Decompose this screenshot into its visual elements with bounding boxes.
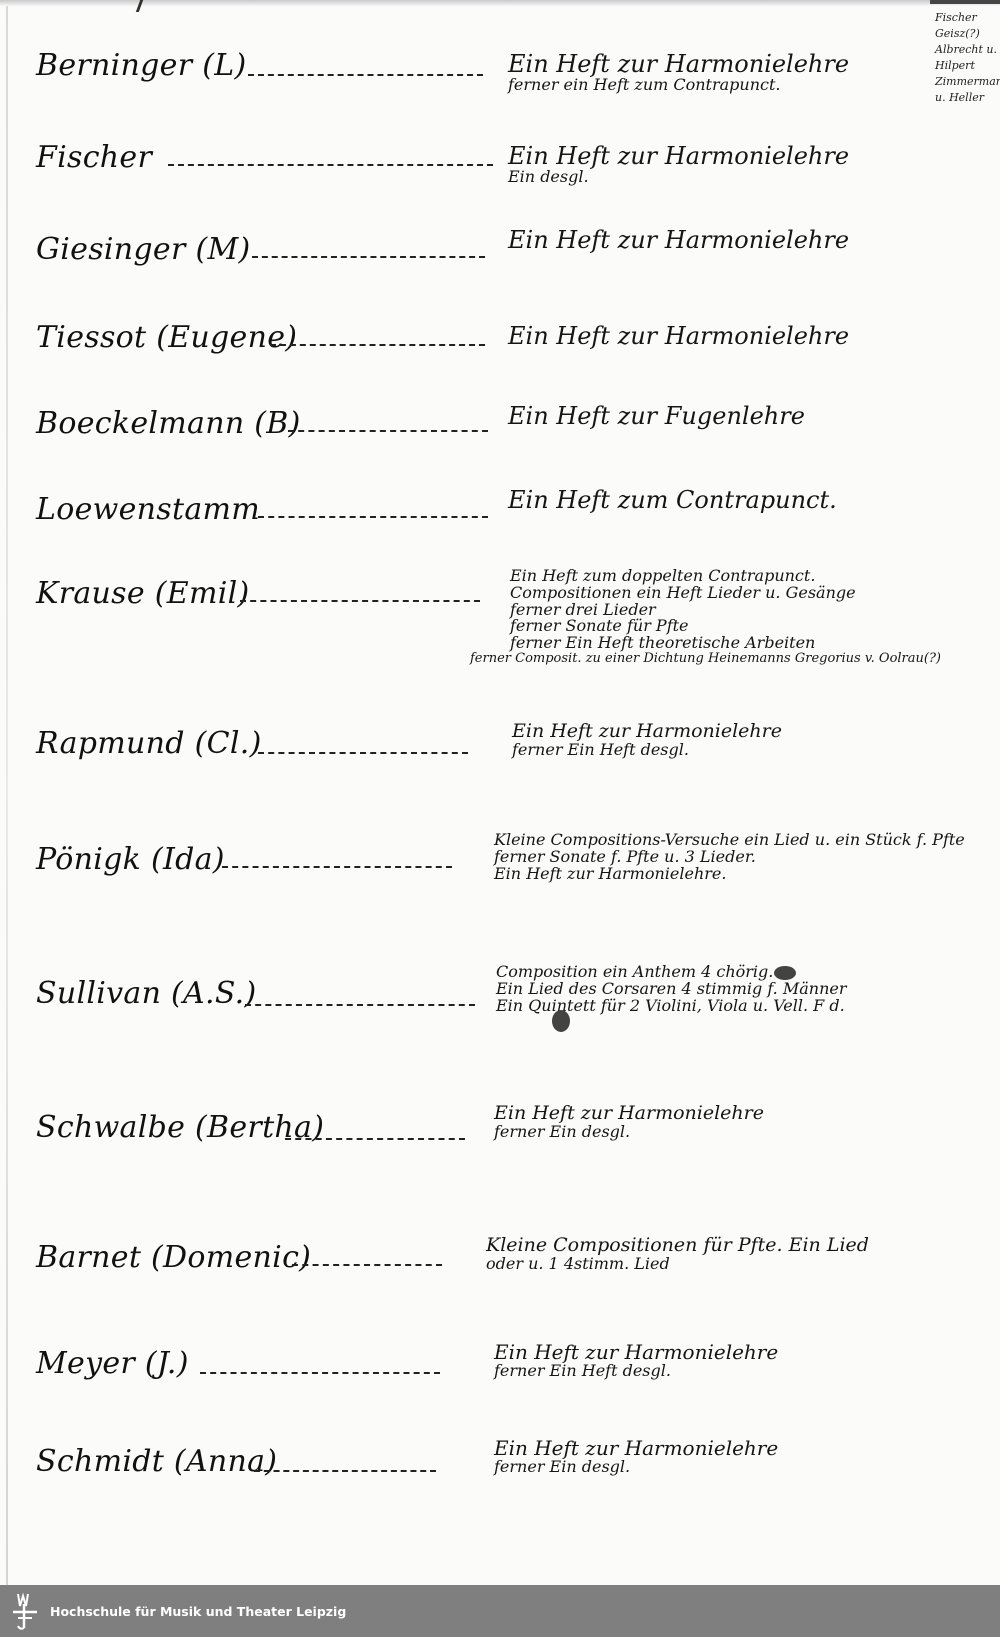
hmt-logo-icon [10,1590,40,1632]
student-name: Schwalbe (Bertha) [36,1110,324,1145]
margin-note: Fischer Geisz(?) Albrecht u. Hilpert Zim… [935,10,1000,106]
leader-dashes [285,1138,465,1140]
footer-bar: Hochschule für Musik und Theater Leipzig [0,1585,1000,1637]
leader-dashes [252,256,485,258]
student-name: Berninger (L) [36,48,246,83]
student-name: Fischer [36,140,152,175]
work-line: Ein Heft zur Harmonielehre [508,144,849,169]
leader-dashes [270,344,485,346]
works-list: Ein Heft zur Harmonielehre ferner Ein de… [494,1104,764,1141]
student-name: Meyer (J.) [36,1346,189,1381]
works-list: Ein Heft zur Harmonielehre ferner Ein de… [494,1438,778,1476]
leader-dashes [292,1264,442,1266]
leader-dashes [288,430,488,432]
student-name: Giesinger (M) [36,232,251,267]
margin-note-line: Fischer [935,10,1000,26]
work-line: Ein Quintett für 2 Violini, Viola u. Vel… [496,998,847,1015]
work-line: Ein Heft zur Harmonielehre [508,228,849,253]
margin-note-line: Zimmermann [935,74,1000,90]
leader-dashes [248,74,483,76]
student-name: Tiessot (Eugene) [36,320,297,355]
work-line: oder u. 1 4stimm. Lied [486,1256,869,1273]
works-list: Ein Heft zur Harmonielehre [508,324,849,349]
ink-blot [552,1010,570,1032]
leader-dashes [168,164,493,166]
works-list: Ein Heft zur Harmonielehre ferner Ein He… [494,1342,778,1380]
work-line: Ein Heft zur Harmonielehre [494,1342,778,1363]
student-name: Barnet (Domenic) [36,1240,311,1275]
work-line: ferner Composit. zu einer Dichtung Heine… [470,652,941,666]
manuscript-page: Fischer Geisz(?) Albrecht u. Hilpert Zim… [0,0,1000,1585]
works-list: Ein Heft zur Harmonielehre ferner Ein He… [512,722,782,759]
work-line: ferner Ein Heft desgl. [512,742,782,759]
leader-dashes [258,752,468,754]
work-line: ferner Ein desgl. [494,1124,764,1141]
work-line: Ein Heft zur Harmonielehre [494,1104,764,1124]
leader-dashes [254,1470,436,1472]
works-list: Ein Heft zur Harmonielehre [508,228,849,253]
work-line: Ein Heft zum Contrapunct. [508,488,837,513]
page-top-edge [0,0,1000,6]
work-line: Ein Heft zur Harmonielehre [494,1438,778,1459]
work-line: Ein Heft zur Fugenlehre [508,404,805,429]
leader-dashes [245,1004,475,1006]
work-line: Ein Heft zur Harmonielehre [508,52,849,77]
work-line: Ein Heft zur Harmonielehre. [494,866,965,883]
ink-blot [774,966,796,980]
work-line: ferner Ein Heft desgl. [494,1363,778,1380]
work-line: Ein desgl. [508,169,849,186]
student-name: Pönigk (Ida) [36,842,225,877]
page-edge-shadow [930,0,1000,4]
work-line: ferner Ein Heft theoretische Arbeiten [510,635,941,652]
margin-note-line: u. Heller [935,90,1000,106]
work-line: ferner ein Heft zum Contrapunct. [508,77,849,94]
margin-note-line: Geisz(?) [935,26,1000,42]
student-name: Sullivan (A.S.) [36,976,256,1011]
margin-note-line: Hilpert [935,58,1000,74]
student-name: Loewenstamm [36,492,260,527]
work-line: Kleine Compositionen für Pfte. Ein Lied [486,1236,869,1256]
leader-dashes [200,1372,440,1374]
works-list: Ein Heft zur Harmonielehre Ein desgl. [508,144,849,186]
student-name: Krause (Emil) [36,576,250,611]
institution-name: Hochschule für Musik und Theater Leipzig [50,1604,346,1619]
works-list: Ein Heft zum Contrapunct. [508,488,837,513]
works-list: Ein Heft zur Fugenlehre [508,404,805,429]
margin-note-line: Albrecht u. [935,42,1000,58]
works-list: Ein Heft zur Harmonielehre ferner ein He… [508,52,849,94]
leader-dashes [222,866,452,868]
work-line: ferner Ein desgl. [494,1459,778,1476]
works-list: Ein Heft zum doppelten Contrapunct. Comp… [510,568,941,666]
student-name: Schmidt (Anna) [36,1444,277,1479]
works-list: Kleine Compositions-Versuche ein Lied u.… [494,832,965,882]
work-line: Ein Heft zur Harmonielehre [508,324,849,349]
works-list: Kleine Compositionen für Pfte. Ein Lied … [486,1236,869,1273]
student-name: Rapmund (Cl.) [36,726,262,761]
work-line: Ein Heft zur Harmonielehre [512,722,782,742]
student-name: Boeckelmann (B) [36,406,301,441]
leader-dashes [258,516,488,518]
leader-dashes [240,600,480,602]
